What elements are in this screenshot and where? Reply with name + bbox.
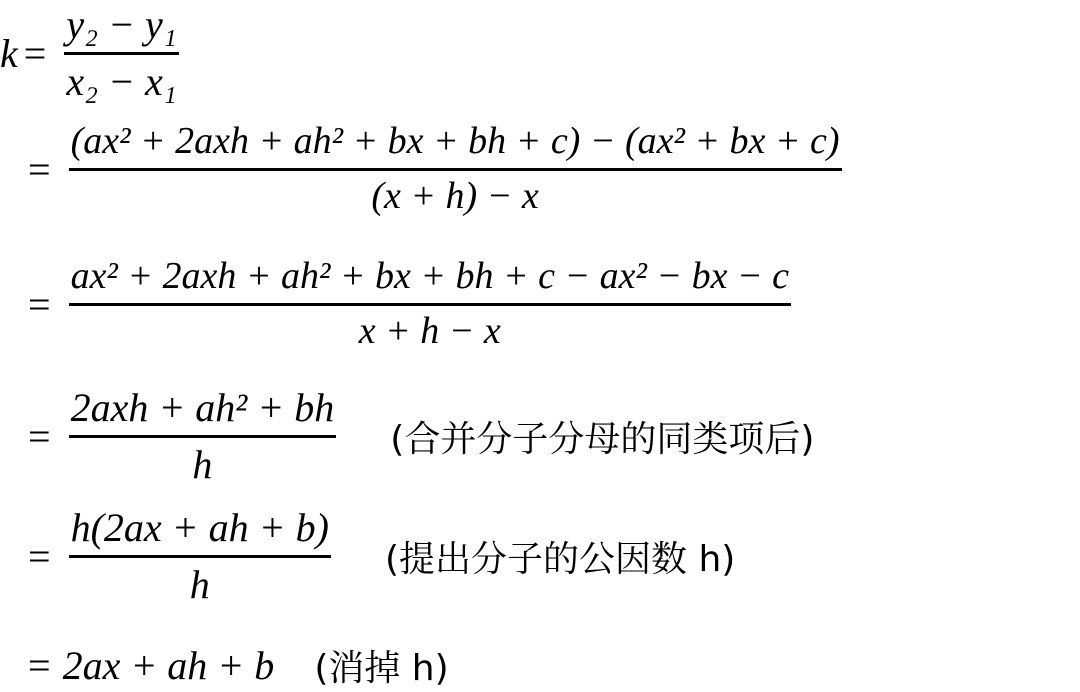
numerator-4: 2axh + ah² + bh	[69, 385, 337, 431]
fraction-2: (ax² + 2axh + ah² + bx + bh + c) − (ax² …	[69, 120, 842, 218]
fraction-bar	[64, 52, 178, 55]
fraction-1: y₂ − y₁ x₂ − x₁	[64, 2, 178, 105]
line-4: = 2axh + ah² + bh h (合并分子分母的同类项后)	[0, 385, 814, 488]
numerator-1: y₂ − y₁	[64, 2, 178, 48]
fraction-bar	[69, 303, 791, 306]
numerator-2: (ax² + 2axh + ah² + bx + bh + c) − (ax² …	[69, 120, 842, 164]
line-2: = (ax² + 2axh + ah² + bx + bh + c) − (ax…	[0, 120, 848, 218]
fraction-bar	[69, 435, 337, 438]
line-1: k= y₂ − y₁ x₂ − x₁	[0, 2, 185, 105]
fraction-bar	[69, 555, 331, 558]
numerator-3: ax² + 2axh + ah² + bx + bh + c − ax² − b…	[69, 255, 791, 299]
denominator-4: h	[190, 442, 214, 488]
line-5: = h(2ax + ah + b) h (提出分子的公因数 h)	[0, 505, 735, 608]
fraction-bar	[69, 168, 842, 171]
note-combine-like-terms: (合并分子分母的同类项后)	[390, 411, 814, 462]
line-6: = 2ax + ah + b (消掉 h)	[0, 640, 449, 691]
fraction-5: h(2ax + ah + b) h	[69, 505, 331, 608]
note-factor-out-h: (提出分子的公因数 h)	[385, 531, 735, 582]
denominator-1: x₂ − x₁	[64, 59, 178, 105]
denominator-5: h	[188, 562, 212, 608]
result-expression: 2ax + ah + b	[63, 642, 275, 689]
line-3: = ax² + 2axh + ah² + bx + bh + c − ax² −…	[0, 255, 797, 353]
lhs-k: k	[0, 30, 18, 77]
denominator-2: (x + h) − x	[369, 175, 540, 219]
numerator-5: h(2ax + ah + b)	[69, 505, 331, 551]
denominator-3: x + h − x	[357, 310, 503, 354]
fraction-4: 2axh + ah² + bh h	[69, 385, 337, 488]
fraction-3: ax² + 2axh + ah² + bx + bh + c − ax² − b…	[69, 255, 791, 353]
note-cancel-h: (消掉 h)	[314, 640, 448, 691]
